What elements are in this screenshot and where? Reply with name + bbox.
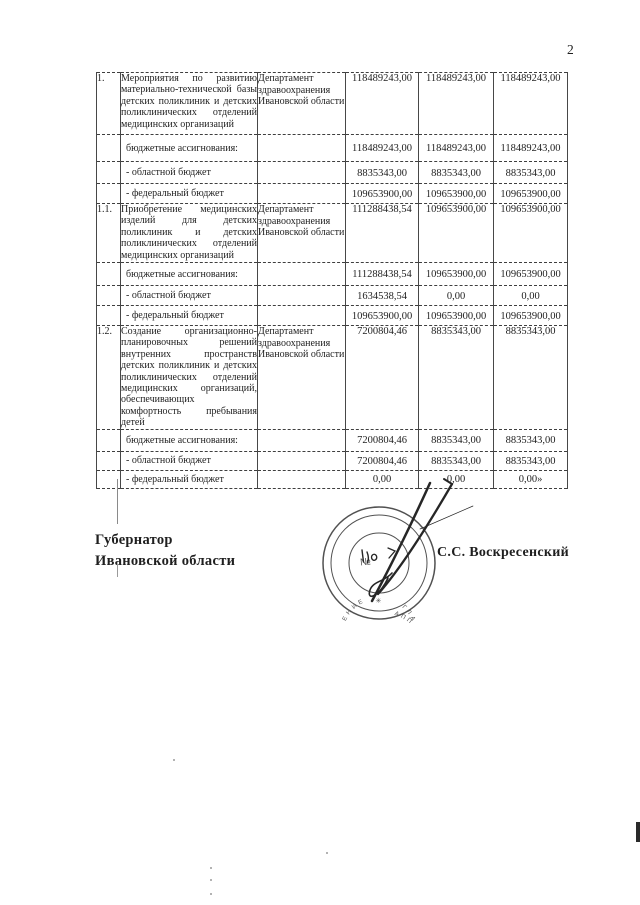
amount-cell: 7200804,46	[346, 326, 419, 430]
empty-cell	[97, 162, 121, 184]
amount-cell: 8835343,00	[494, 451, 568, 470]
empty-cell	[97, 184, 121, 204]
scan-artifact-edge-mark	[636, 822, 640, 842]
activity-cell: Мероприятия по развитию материально-техн…	[121, 73, 258, 135]
executor-cell: Департамент здравоохранения Ивановской о…	[258, 73, 346, 135]
amount-cell: 109653900,00	[494, 306, 568, 326]
empty-cell	[258, 263, 346, 286]
table-row-budget-allocations: бюджетные ассигнования: 7200804,46 88353…	[97, 429, 568, 451]
label-cell: бюджетные ассигнования:	[121, 429, 258, 451]
executor-cell: Департамент здравоохранения Ивановской о…	[258, 204, 346, 263]
amount-cell: 0,00»	[494, 470, 568, 488]
amount-cell: 8835343,00	[494, 162, 568, 184]
scan-artifact-dot	[210, 893, 212, 895]
empty-cell	[97, 429, 121, 451]
label-cell: - федеральный бюджет	[121, 306, 258, 326]
table-row-regional-budget: - областной бюджет 8835343,00 8835343,00…	[97, 162, 568, 184]
label-cell: - федеральный бюджет	[121, 470, 258, 488]
scan-artifact-dot	[210, 867, 212, 869]
empty-cell	[258, 286, 346, 306]
amount-cell: 118489243,00	[494, 135, 568, 162]
row-number-cell: 1.	[97, 73, 121, 135]
signature-mark	[367, 552, 368, 563]
amount-cell: 118489243,00	[346, 73, 419, 135]
amount-cell: 109653900,00	[419, 306, 494, 326]
amount-cell: 109653900,00	[419, 263, 494, 286]
amount-cell: 109653900,00	[346, 306, 419, 326]
amount-cell: 109653900,00	[346, 184, 419, 204]
signature-mark	[372, 554, 377, 560]
empty-cell	[258, 184, 346, 204]
amount-cell: 8835343,00	[419, 429, 494, 451]
scan-artifact-vertical-line	[117, 479, 118, 524]
label-cell: - областной бюджет	[121, 162, 258, 184]
row-number-cell: 1.1.	[97, 204, 121, 263]
label-cell: бюджетные ассигнования:	[121, 135, 258, 162]
row-number-cell: 1.2.	[97, 326, 121, 430]
signatory-post-line1: Губернатор	[95, 530, 235, 551]
label-cell: - федеральный бюджет	[121, 184, 258, 204]
empty-cell	[97, 263, 121, 286]
empty-cell	[97, 135, 121, 162]
scan-artifact-dot	[326, 852, 328, 854]
empty-cell	[258, 306, 346, 326]
table-row-budget-allocations: бюджетные ассигнования: 118489243,00 118…	[97, 135, 568, 162]
signature-stroke-tip	[444, 479, 452, 484]
amount-cell: 8835343,00	[346, 162, 419, 184]
amount-cell: 109653900,00	[494, 263, 568, 286]
amount-cell: 8835343,00	[419, 162, 494, 184]
signature-mark	[362, 550, 364, 562]
budget-table: 1. Мероприятия по развитию материально-т…	[96, 72, 568, 489]
amount-cell: 109653900,00	[494, 204, 568, 263]
amount-cell: 1634538,54	[346, 286, 419, 306]
amount-cell: 111288438,54	[346, 263, 419, 286]
empty-cell	[97, 306, 121, 326]
amount-cell: 118489243,00	[494, 73, 568, 135]
empty-cell	[258, 162, 346, 184]
amount-cell: 118489243,00	[346, 135, 419, 162]
table-row-section-1-2: 1.2. Создание организационно-планировочн…	[97, 326, 568, 430]
amount-cell: 7200804,46	[346, 451, 419, 470]
amount-cell: 8835343,00	[494, 326, 568, 430]
amount-cell: 0,00	[419, 286, 494, 306]
empty-cell	[258, 451, 346, 470]
signature-hairline	[420, 506, 473, 529]
table-row-budget-allocations: бюджетные ассигнования: 111288438,54 109…	[97, 263, 568, 286]
label-cell: - областной бюджет	[121, 451, 258, 470]
amount-cell: 118489243,00	[419, 135, 494, 162]
label-cell: бюджетные ассигнования:	[121, 263, 258, 286]
empty-cell	[97, 451, 121, 470]
scan-artifact-dot	[173, 759, 175, 761]
scanned-document-page: 2 1. Мероприятия по развитию материально…	[0, 0, 640, 905]
label-cell: - областной бюджет	[121, 286, 258, 306]
amount-cell: 109653900,00	[494, 184, 568, 204]
table-row-regional-budget: - областной бюджет 7200804,46 8835343,00…	[97, 451, 568, 470]
activity-cell: Приобретение медицинских изделий для дет…	[121, 204, 258, 263]
table-row-section-1: 1. Мероприятия по развитию материально-т…	[97, 73, 568, 135]
amount-cell: 109653900,00	[419, 204, 494, 263]
empty-cell	[97, 286, 121, 306]
amount-cell: 8835343,00	[419, 451, 494, 470]
amount-cell: 118489243,00	[419, 73, 494, 135]
amount-cell: 109653900,00	[419, 184, 494, 204]
amount-cell: 8835343,00	[419, 326, 494, 430]
table-row-section-1-1: 1.1. Приобретение медицинских изделий дл…	[97, 204, 568, 263]
table-row-federal-budget: - федеральный бюджет 109653900,00 109653…	[97, 184, 568, 204]
scan-artifact-vertical-line	[117, 564, 118, 577]
signature-stroke	[378, 484, 452, 594]
activity-cell: Создание организационно-планировочных ре…	[121, 326, 258, 430]
table-row-regional-budget: - областной бюджет 1634538,54 0,00 0,00	[97, 286, 568, 306]
table-row-federal-budget: - федеральный бюджет 109653900,00 109653…	[97, 306, 568, 326]
scan-artifact-dot	[210, 879, 212, 881]
signature-stroke	[372, 483, 430, 601]
empty-cell	[258, 135, 346, 162]
amount-cell: 111288438,54	[346, 204, 419, 263]
handwritten-signature-icon	[300, 470, 490, 615]
empty-cell	[258, 429, 346, 451]
amount-cell: 8835343,00	[494, 429, 568, 451]
page-number: 2	[567, 42, 574, 58]
executor-cell: Департамент здравоохранения Ивановской о…	[258, 326, 346, 430]
amount-cell: 0,00	[494, 286, 568, 306]
amount-cell: 7200804,46	[346, 429, 419, 451]
